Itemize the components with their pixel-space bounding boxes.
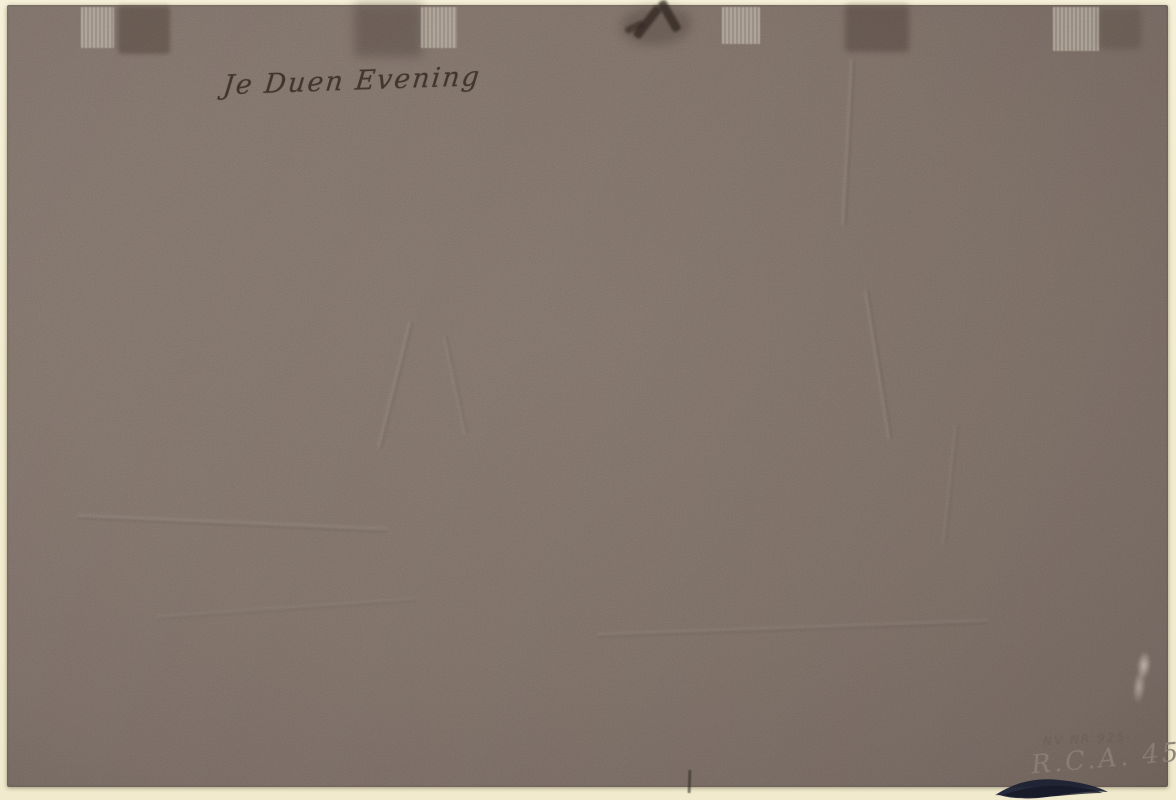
dark-blotch-mark xyxy=(615,3,699,49)
tape-remnant-light-3 xyxy=(722,7,760,44)
dark-tick-mark xyxy=(688,770,692,793)
paper-crease xyxy=(376,321,414,449)
paper-crease xyxy=(442,335,470,434)
paper-crease xyxy=(157,596,417,621)
white-abrasion-mark xyxy=(1126,648,1157,704)
paper-crease xyxy=(841,60,857,225)
tape-remnant-dark-1 xyxy=(118,6,170,54)
blotch-smear xyxy=(621,7,691,45)
tape-remnant-light-1 xyxy=(81,7,114,48)
scanned-artwork-verso: { "artwork_verso": { "description": "Bac… xyxy=(0,0,1176,800)
paper-crease xyxy=(77,513,387,534)
tape-remnant-dark-3 xyxy=(845,5,909,52)
paper-crease xyxy=(597,618,987,639)
paper-crease xyxy=(863,290,893,439)
blotch-stroke xyxy=(657,0,682,33)
tape-remnant-light-4 xyxy=(1053,7,1099,51)
blotch-stroke xyxy=(624,20,645,35)
verso-paper-sheet: Je Duen Evening NV NR 925- R.C.A. 458 xyxy=(7,5,1168,787)
handwritten-title-inscription: Je Duen Evening xyxy=(221,60,524,102)
tape-remnant-dark-4 xyxy=(1099,8,1141,49)
blotch-stroke xyxy=(632,4,662,39)
tape-remnant-light-2 xyxy=(421,7,457,48)
paper-grain-texture xyxy=(7,5,1168,787)
paper-crease xyxy=(941,425,961,545)
tape-remnant-dark-2 xyxy=(354,3,422,57)
